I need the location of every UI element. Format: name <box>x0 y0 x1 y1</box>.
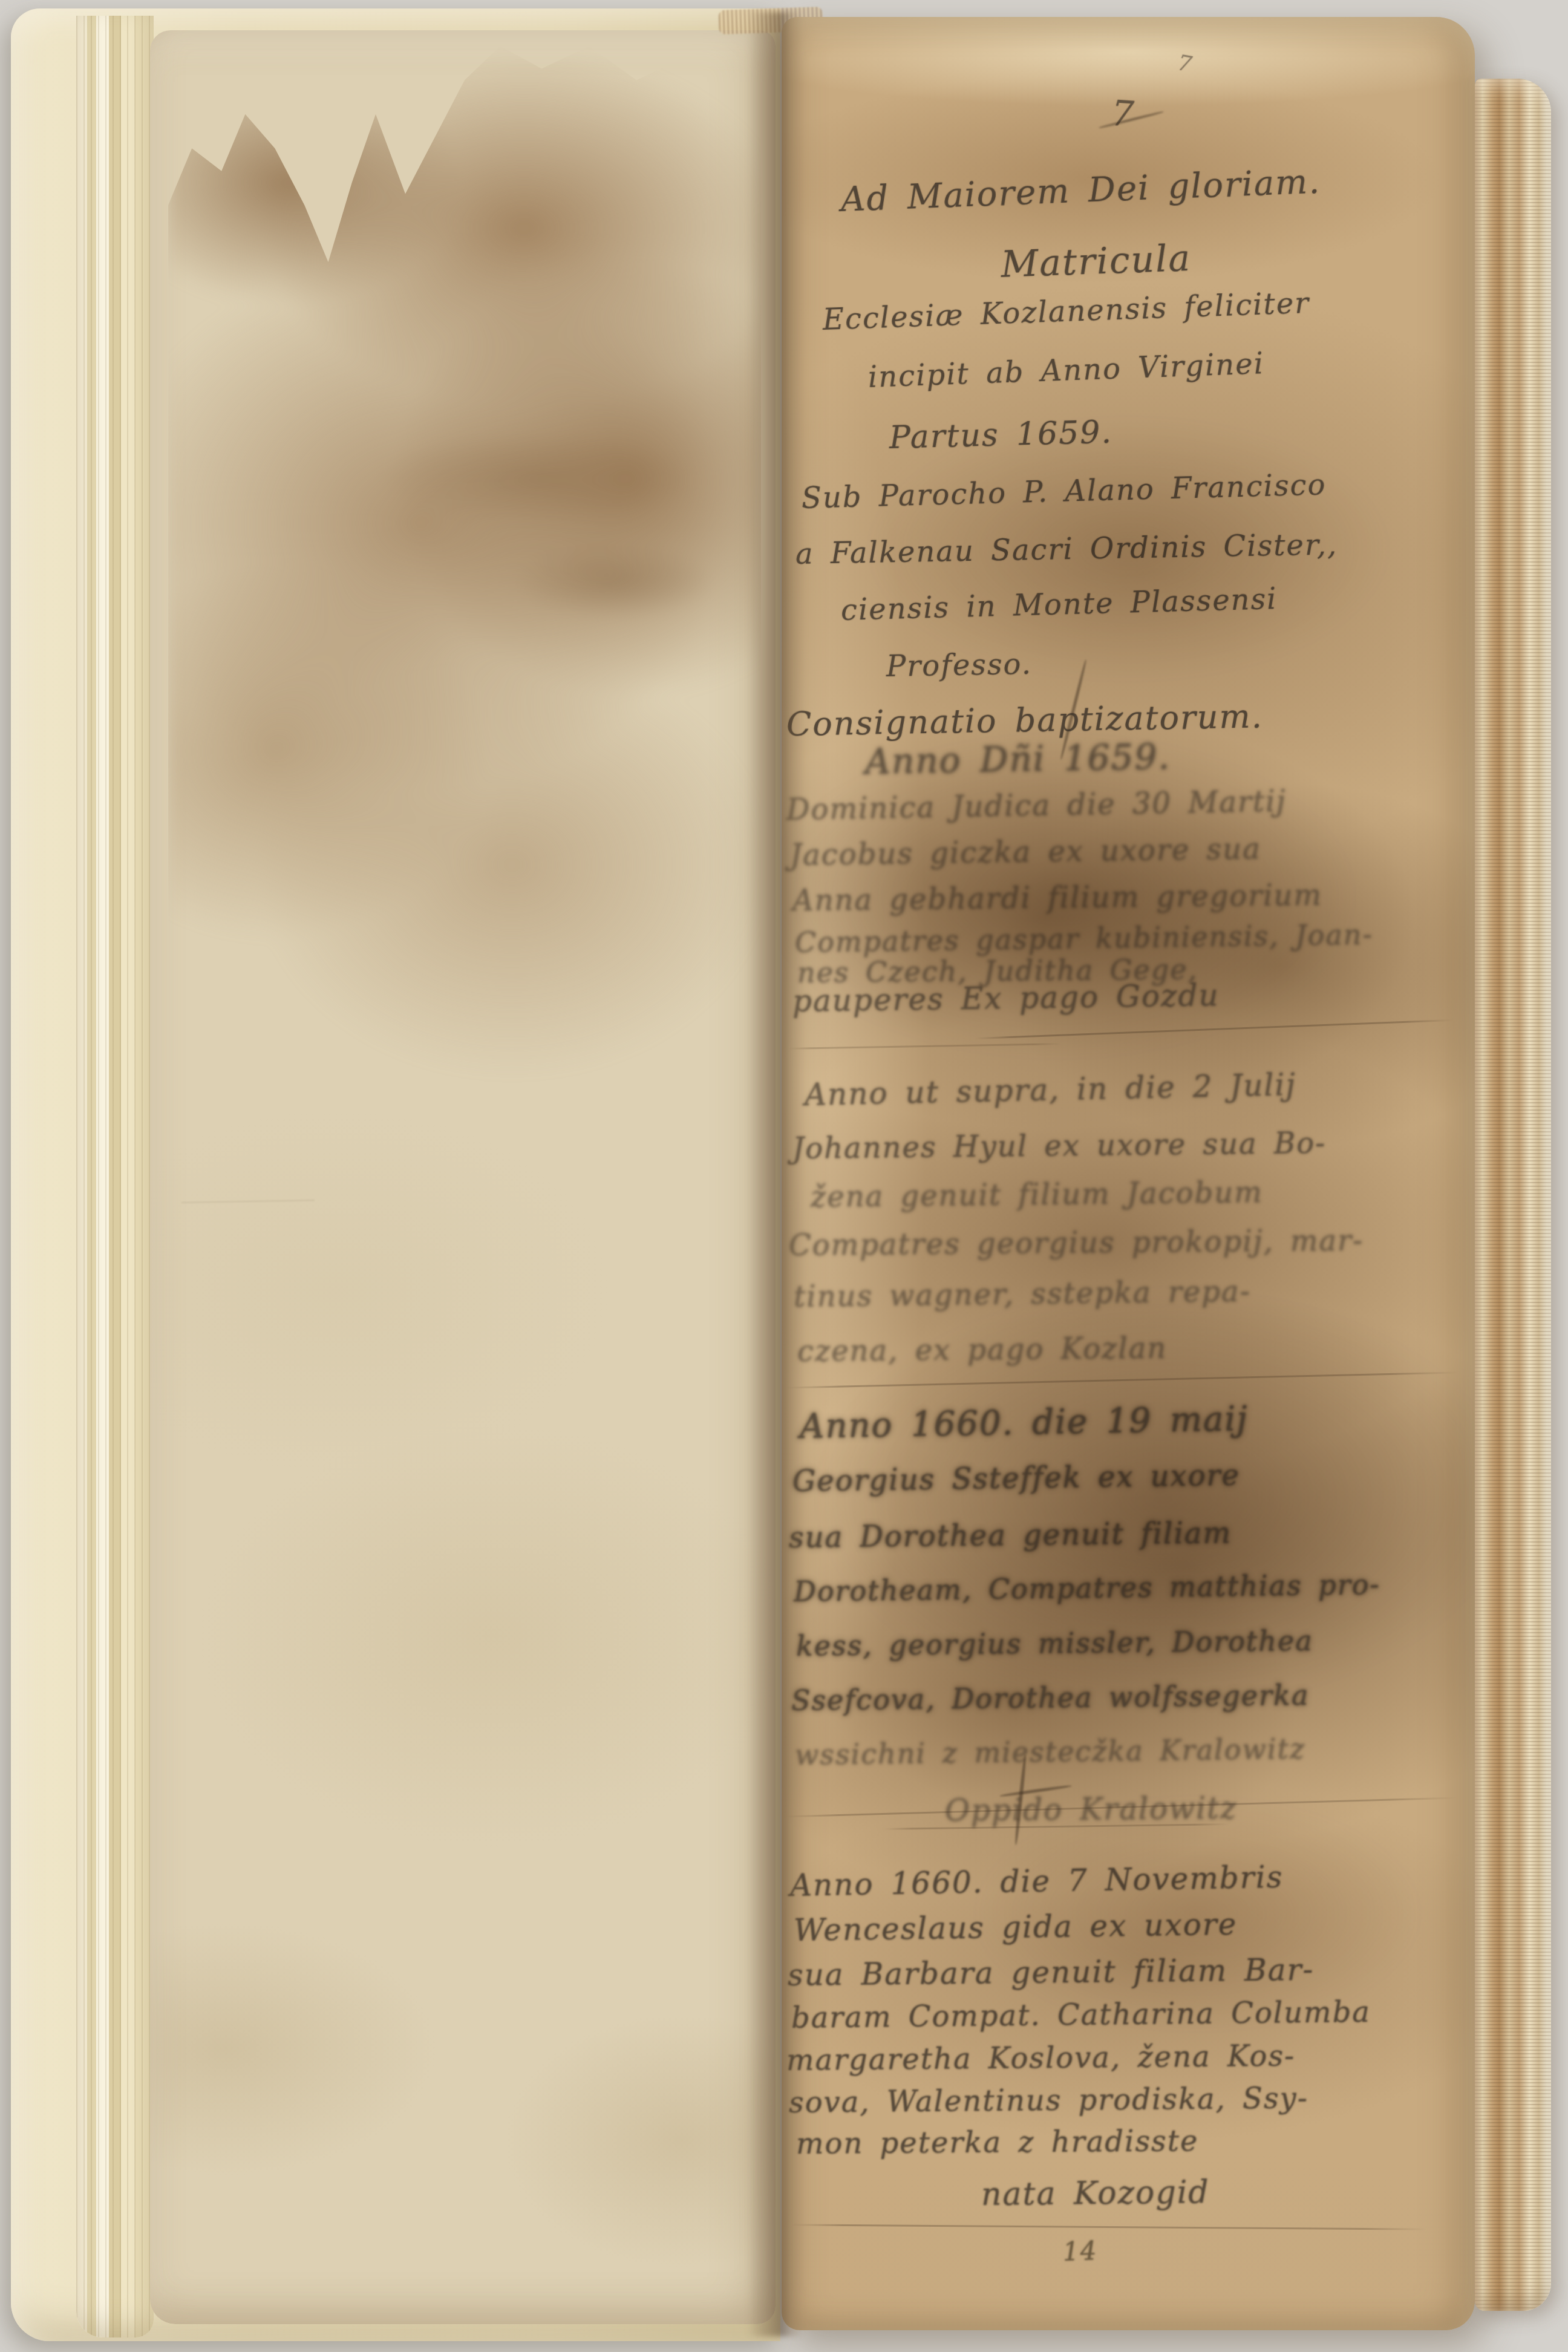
birthplace-note: nata Kozogid <box>981 2174 1345 2212</box>
entry-line: baram Compat. Catharina Columba <box>791 1995 1457 2034</box>
title-line: Ecclesiæ Kozlanensis feliciter <box>822 287 1307 336</box>
manuscript-scan: 7 7 Ad Maiorem Dei gloriam. Matricula Ec… <box>0 0 1568 2352</box>
entry-line: sua Dorothea genuit filiam <box>789 1515 1430 1554</box>
entry-line: Dorotheam, Compatres matthias pro- <box>794 1569 1460 1607</box>
entry-line: wssichni z miestecžka Kralowitz <box>795 1733 1400 1771</box>
page-number: 14 <box>1062 2237 1098 2266</box>
ruled-separator-line <box>789 1043 1061 1050</box>
entry-line: Jacobus giczka ex uxore sua <box>790 831 1402 872</box>
title-line: incipit ab Anno Virginei <box>867 348 1267 394</box>
title-line: Partus 1659. <box>889 413 1186 456</box>
entry-line: sova, Walentinus prodiska, Ssy- <box>789 2081 1460 2118</box>
entry-line: czena, ex pago Kozlan <box>797 1331 1318 1367</box>
title-line: Matricula <box>981 238 1212 286</box>
title-line: Ad Maiorem Dei gloriam. <box>840 160 1416 219</box>
page-edge-stack-right <box>1475 79 1551 2311</box>
entry-line: Anno 1660. die 19 maij <box>799 1399 1344 1445</box>
entry-line: tinus wagner, sstepka repa- <box>794 1274 1399 1313</box>
page-edge-stack-left <box>76 16 154 2337</box>
left-page-water-stain <box>168 46 761 1183</box>
entry-line: mon peterka z hradisste <box>796 2125 1256 2160</box>
folio-mark: 7 <box>1110 94 1136 134</box>
entry-line: žena genuit filium Jacobum <box>811 1175 1403 1214</box>
entry-line: pauperes Ex pago Gozdu <box>792 979 1217 1018</box>
ruled-separator-line <box>786 1371 1458 1388</box>
title-line: Professo. <box>886 648 1053 683</box>
entry-line: sua Barbara genuit filiam Bar- <box>788 1952 1442 1992</box>
ruled-separator-line <box>975 1019 1453 1039</box>
entry-line: Anno 1660. die 7 Novembris <box>790 1858 1432 1903</box>
title-line: Sub Parocho P. Alano Francisco <box>801 468 1373 515</box>
entry-line: Compatres gaspar kubiniensis, Joan- <box>795 918 1455 958</box>
entry-line: Dominica Judica die 30 Martij <box>786 783 1446 826</box>
left-page-scratch-line <box>181 1200 315 1203</box>
title-line: ciensis in Monte Plassensi <box>840 581 1367 627</box>
ruled-separator-line <box>791 2224 1426 2230</box>
entry-line: Ssefcova, Dorothea wolfssegerka <box>791 1679 1432 1716</box>
right-page: 7 7 Ad Maiorem Dei gloriam. Matricula Ec… <box>782 17 1475 2330</box>
entry-line: Johannes Hyul ex uxore sua Bo- <box>792 1126 1410 1165</box>
year-line: Anno Dñi 1659. <box>864 735 1301 781</box>
entry-line: margaretha Koslova, žena Kos- <box>786 2039 1452 2076</box>
entry-line: Anno ut supra, in die 2 Julij <box>804 1068 1337 1112</box>
section-title: Consignatio baptizatorum. <box>786 696 1397 742</box>
entry-line: Georgius Ssteffek ex uxore <box>792 1457 1398 1498</box>
entry-line: Wenceslaus gida ex uxore <box>794 1905 1429 1947</box>
entry-line: Anna gebhardi filium gregorium <box>792 878 1434 917</box>
folio-mark-small: 7 <box>1176 51 1195 77</box>
left-page <box>150 30 776 2324</box>
entry-line: Compatres georgius prokopij, mar- <box>789 1224 1442 1262</box>
title-line: a Falkenau Sacri Ordinis Cister,, <box>795 528 1395 570</box>
entry-line: kess, georgius missler, Dorothea <box>796 1624 1449 1662</box>
